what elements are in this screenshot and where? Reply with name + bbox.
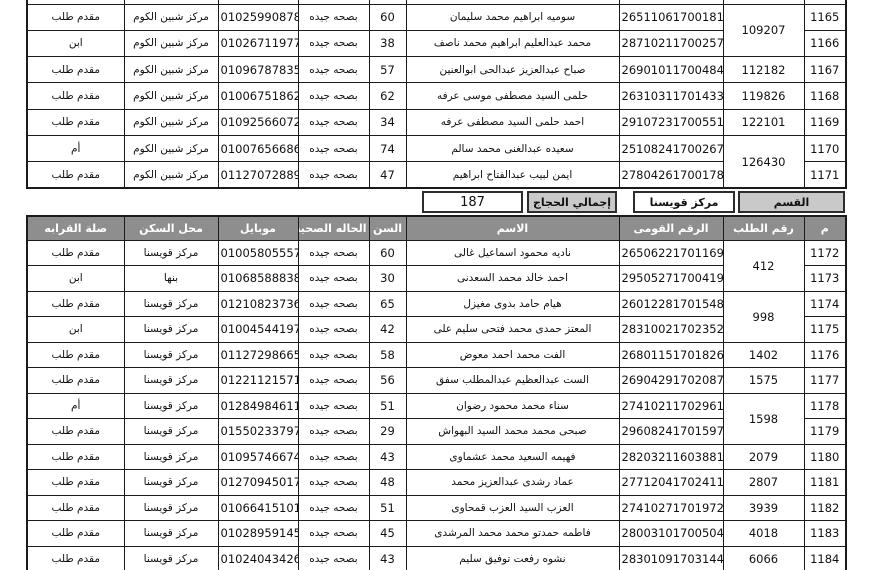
request-number-cell: 109207 — [723, 4, 804, 57]
column-header-residence: محل السكن — [124, 216, 218, 240]
mobile-cell: 01004544197 — [218, 317, 298, 343]
national-id-cell: 28203211603881 — [619, 444, 723, 470]
column-header-serial: م — [804, 216, 846, 240]
age-cell: 62 — [369, 83, 406, 109]
age-cell: 56 — [369, 368, 406, 394]
national-id-cell: 29505271700419 — [619, 266, 723, 292]
name-cell: احمد خالد محمد السعدنى — [406, 266, 619, 292]
age-cell: 43 — [369, 546, 406, 570]
residence-cell: مركز قويسنا — [124, 317, 218, 343]
health-status-cell: بصحه جيده — [298, 521, 369, 547]
name-cell: سناء محمد محمود رضوان — [406, 393, 619, 419]
mobile-cell: 01092566072 — [218, 109, 298, 135]
relation-cell: ابن — [27, 30, 124, 56]
request-number-cell: 112182 — [723, 57, 804, 83]
age-cell: 51 — [369, 495, 406, 521]
serial-cell: 1168 — [804, 83, 846, 109]
request-number-cell: 2079 — [723, 444, 804, 470]
mobile-cell: 01028959145 — [218, 521, 298, 547]
national-id-cell: 27804261700178 — [619, 162, 723, 188]
serial-cell: 1169 — [804, 109, 846, 135]
health-status-cell: بصحه جيده — [298, 291, 369, 317]
health-status-cell: بصحه جيده — [298, 342, 369, 368]
section-label: القسم — [738, 191, 845, 213]
table-row: 117499826012281701548هيام حامد بدوى مغيز… — [27, 291, 846, 317]
national-id-cell: 26801151701826 — [619, 342, 723, 368]
national-id-cell: 28710211700257 — [619, 30, 723, 56]
relation-cell: ابن — [27, 317, 124, 343]
name-cell: محمد عبدالعليم ابراهيم محمد ناصف — [406, 30, 619, 56]
health-status-cell: بصحه جيده — [298, 470, 369, 496]
serial-cell: 1175 — [804, 317, 846, 343]
residence-cell: مركز قويسنا — [124, 546, 218, 570]
health-status-cell: بصحه جيده — [298, 57, 369, 83]
national-id-cell: 28310021702352 — [619, 317, 723, 343]
age-cell: 34 — [369, 109, 406, 135]
serial-cell: 1174 — [804, 291, 846, 317]
table-row: 1177157526904291702087الست عبدالعظيم عبد… — [27, 368, 846, 394]
table-row: 117012643025108241700267سعيده عبدالغنى م… — [27, 135, 846, 161]
age-cell: 60 — [369, 4, 406, 30]
national-id-cell: 29107231700551 — [619, 109, 723, 135]
relation-cell: ابن — [27, 266, 124, 292]
health-status-cell: بصحه جيده — [298, 393, 369, 419]
residence-cell: مركز شبين الكوم — [124, 83, 218, 109]
residence-cell: مركز شبين الكوم — [124, 57, 218, 83]
column-header-national-id: الرقم القومى — [619, 216, 723, 240]
mobile-cell: 01007656686 — [218, 135, 298, 161]
name-cell: هيام حامد بدوى مغيزل — [406, 291, 619, 317]
name-cell: نشوه رفعت توفيق سليم — [406, 546, 619, 570]
name-cell: حلمى السيد مصطفى موسى عرفه — [406, 83, 619, 109]
relation-cell: مقدم طلب — [27, 4, 124, 30]
health-status-cell: بصحه جيده — [298, 317, 369, 343]
table-header-row: م رقم الطلب الرقم القومى الاسم السن الحا… — [27, 216, 846, 240]
section-value: مركز قويسنا — [633, 191, 735, 213]
age-cell: 30 — [369, 266, 406, 292]
name-cell: صبحى محمد محمد السيد البهواش — [406, 419, 619, 445]
residence-cell: مركز شبين الكوم — [124, 162, 218, 188]
column-header-health: الحاله الصحيه — [298, 216, 369, 240]
serial-cell: 1176 — [804, 342, 846, 368]
mobile-cell: 01127298665 — [218, 342, 298, 368]
age-cell: 29 — [369, 419, 406, 445]
table-row: 116711218226901011700484صباح عبدالعزيز ع… — [27, 57, 846, 83]
residence-cell: مركز شبين الكوم — [124, 30, 218, 56]
table-row: 116912210129107231700551احمد حلمى السيد … — [27, 109, 846, 135]
residence-cell: مركز قويسنا — [124, 240, 218, 266]
health-status-cell: بصحه جيده — [298, 444, 369, 470]
age-cell: 57 — [369, 57, 406, 83]
name-cell: العزب السيد العزب قمحاوى — [406, 495, 619, 521]
serial-cell: 1178 — [804, 393, 846, 419]
serial-cell: 1184 — [804, 546, 846, 570]
health-status-cell: بصحه جيده — [298, 30, 369, 56]
national-id-cell: 26012281701548 — [619, 291, 723, 317]
mobile-cell: 01210823736 — [218, 291, 298, 317]
name-cell: الفت محمد احمد معوض — [406, 342, 619, 368]
residence-cell: مركز شبين الكوم — [124, 109, 218, 135]
table-row: 1181280727712041702411عماد رشدى عبدالعزي… — [27, 470, 846, 496]
relation-cell: مقدم طلب — [27, 470, 124, 496]
health-status-cell: بصحه جيده — [298, 266, 369, 292]
request-number-cell: 4018 — [723, 521, 804, 547]
age-cell: 42 — [369, 317, 406, 343]
name-cell: فهيمه السعيد محمد عشماوى — [406, 444, 619, 470]
mobile-cell: 01026711977 — [218, 30, 298, 56]
column-header-request: رقم الطلب — [723, 216, 804, 240]
relation-cell: مقدم طلب — [27, 83, 124, 109]
relation-cell: مقدم طلب — [27, 342, 124, 368]
serial-cell: 1183 — [804, 521, 846, 547]
serial-cell: 1173 — [804, 266, 846, 292]
national-id-cell: 26904291702087 — [619, 368, 723, 394]
mobile-cell: 01096787835 — [218, 57, 298, 83]
table-row: 117241226506221701169ناديه محمود اسماعيل… — [27, 240, 846, 266]
table-row: 116510920726511061700181سوميه ابراهيم مح… — [27, 4, 846, 30]
health-status-cell: بصحه جيده — [298, 240, 369, 266]
serial-cell: 1171 — [804, 162, 846, 188]
residence-cell: مركز قويسنا — [124, 495, 218, 521]
health-status-cell: بصحه جيده — [298, 419, 369, 445]
serial-cell: 1177 — [804, 368, 846, 394]
serial-cell: 1181 — [804, 470, 846, 496]
age-cell: 65 — [369, 291, 406, 317]
age-cell: 47 — [369, 162, 406, 188]
request-number-cell: 2807 — [723, 470, 804, 496]
table-row: 1182393927410271701972العزب السيد العزب … — [27, 495, 846, 521]
column-header-age: السن — [369, 216, 406, 240]
mobile-cell: 01284984611 — [218, 393, 298, 419]
age-cell: 74 — [369, 135, 406, 161]
table-row: 116811982626310311701433حلمى السيد مصطفى… — [27, 83, 846, 109]
serial-cell: 1166 — [804, 30, 846, 56]
national-id-cell: 28301091703144 — [619, 546, 723, 570]
mobile-cell: 01127072889 — [218, 162, 298, 188]
relation-cell: مقدم طلب — [27, 521, 124, 547]
mobile-cell: 01024043426 — [218, 546, 298, 570]
request-number-cell: 1402 — [723, 342, 804, 368]
relation-cell: مقدم طلب — [27, 57, 124, 83]
mobile-cell: 01221121571 — [218, 368, 298, 394]
national-id-cell: 27712041702411 — [619, 470, 723, 496]
table-row: 1178159827410211702961سناء محمد محمود رض… — [27, 393, 846, 419]
mobile-cell: 01066415101 — [218, 495, 298, 521]
residence-cell: مركز قويسنا — [124, 342, 218, 368]
relation-cell: مقدم طلب — [27, 444, 124, 470]
table-row: 1183401828003101700504فاطمه حمدتو محمد م… — [27, 521, 846, 547]
national-id-cell: 26901011700484 — [619, 57, 723, 83]
health-status-cell: بصحه جيده — [298, 109, 369, 135]
relation-cell: مقدم طلب — [27, 419, 124, 445]
relation-cell: أم — [27, 393, 124, 419]
name-cell: ناديه محمود اسماعيل غالى — [406, 240, 619, 266]
national-id-cell: 25108241700267 — [619, 135, 723, 161]
relation-cell: مقدم طلب — [27, 546, 124, 570]
health-status-cell: بصحه جيده — [298, 135, 369, 161]
serial-cell: 1170 — [804, 135, 846, 161]
table-row: 1180207928203211603881فهيمه السعيد محمد … — [27, 444, 846, 470]
relation-cell: مقدم طلب — [27, 291, 124, 317]
health-status-cell: بصحه جيده — [298, 83, 369, 109]
age-cell: 43 — [369, 444, 406, 470]
request-number-cell: 122101 — [723, 109, 804, 135]
health-status-cell: بصحه جيده — [298, 495, 369, 521]
name-cell: ايمن لبيب عبدالفتاح ابراهيم — [406, 162, 619, 188]
relation-cell: مقدم طلب — [27, 109, 124, 135]
serial-cell: 1179 — [804, 419, 846, 445]
mobile-cell: 01068588838 — [218, 266, 298, 292]
residence-cell: مركز شبين الكوم — [124, 4, 218, 30]
residence-cell: مركز قويسنا — [124, 291, 218, 317]
age-cell: 38 — [369, 30, 406, 56]
health-status-cell: بصحه جيده — [298, 162, 369, 188]
national-id-cell: 27410271701972 — [619, 495, 723, 521]
national-id-cell: 29608241701597 — [619, 419, 723, 445]
age-cell: 51 — [369, 393, 406, 419]
residence-cell: مركز قويسنا — [124, 521, 218, 547]
residence-cell: مركز قويسنا — [124, 393, 218, 419]
serial-cell: 1167 — [804, 57, 846, 83]
mobile-cell: 01005805557 — [218, 240, 298, 266]
name-cell: احمد حلمى السيد مصطفى عرفه — [406, 109, 619, 135]
national-id-cell: 27410211702961 — [619, 393, 723, 419]
name-cell: صباح عبدالعزيز عبدالحى ابوالعنين — [406, 57, 619, 83]
name-cell: سوميه ابراهيم محمد سليمان — [406, 4, 619, 30]
residence-cell: مركز شبين الكوم — [124, 135, 218, 161]
serial-cell: 1172 — [804, 240, 846, 266]
residence-cell: مركز قويسنا — [124, 419, 218, 445]
serial-cell: 1182 — [804, 495, 846, 521]
relation-cell: مقدم طلب — [27, 240, 124, 266]
relation-cell: مقدم طلب — [27, 368, 124, 394]
column-header-name: الاسم — [406, 216, 619, 240]
residence-cell: مركز قويسنا — [124, 368, 218, 394]
request-number-cell: 1598 — [723, 393, 804, 444]
age-cell: 48 — [369, 470, 406, 496]
name-cell: المعتز حمدى محمد فتحى سليم على — [406, 317, 619, 343]
residence-cell: مركز قويسنا — [124, 470, 218, 496]
age-cell: 58 — [369, 342, 406, 368]
request-number-cell: 998 — [723, 291, 804, 342]
request-number-cell: 412 — [723, 240, 804, 291]
pilgrims-roster-page: 116510920726511061700181سوميه ابراهيم مح… — [0, 0, 870, 570]
relation-cell: مقدم طلب — [27, 162, 124, 188]
age-cell: 60 — [369, 240, 406, 266]
mobile-cell: 01025990878 — [218, 4, 298, 30]
total-pilgrims-label: إجمالي الحجاج — [527, 191, 617, 213]
health-status-cell: بصحه جيده — [298, 4, 369, 30]
request-number-cell: 119826 — [723, 83, 804, 109]
pilgrims-table-lower: م رقم الطلب الرقم القومى الاسم السن الحا… — [26, 215, 847, 570]
relation-cell: أم — [27, 135, 124, 161]
residence-cell: مركز قويسنا — [124, 444, 218, 470]
mobile-cell: 01550233797 — [218, 419, 298, 445]
national-id-cell: 28003101700504 — [619, 521, 723, 547]
age-cell: 45 — [369, 521, 406, 547]
total-pilgrims-value: 187 — [422, 191, 523, 213]
national-id-cell: 26511061700181 — [619, 4, 723, 30]
serial-cell: 1180 — [804, 444, 846, 470]
table-row: 1184606628301091703144نشوه رفعت توفيق سل… — [27, 546, 846, 570]
mobile-cell: 01095746674 — [218, 444, 298, 470]
column-header-mobile: موبايل — [218, 216, 298, 240]
national-id-cell: 26506221701169 — [619, 240, 723, 266]
residence-cell: بنها — [124, 266, 218, 292]
mobile-cell: 01006751862 — [218, 83, 298, 109]
relation-cell: مقدم طلب — [27, 495, 124, 521]
name-cell: عماد رشدى عبدالعزيز محمد — [406, 470, 619, 496]
column-header-relation: صلة القرابه — [27, 216, 124, 240]
mobile-cell: 01270945017 — [218, 470, 298, 496]
pilgrims-table-upper: 116510920726511061700181سوميه ابراهيم مح… — [26, 0, 847, 189]
request-number-cell: 126430 — [723, 135, 804, 188]
request-number-cell: 6066 — [723, 546, 804, 570]
health-status-cell: بصحه جيده — [298, 368, 369, 394]
name-cell: فاطمه حمدتو محمد محمد المرشدى — [406, 521, 619, 547]
request-number-cell: 1575 — [723, 368, 804, 394]
name-cell: الست عبدالعظيم عبدالمطلب سفق — [406, 368, 619, 394]
health-status-cell: بصحه جيده — [298, 546, 369, 570]
national-id-cell: 26310311701433 — [619, 83, 723, 109]
request-number-cell: 3939 — [723, 495, 804, 521]
serial-cell: 1165 — [804, 4, 846, 30]
table-row: 1176140226801151701826الفت محمد احمد معو… — [27, 342, 846, 368]
name-cell: سعيده عبدالغنى محمد سالم — [406, 135, 619, 161]
